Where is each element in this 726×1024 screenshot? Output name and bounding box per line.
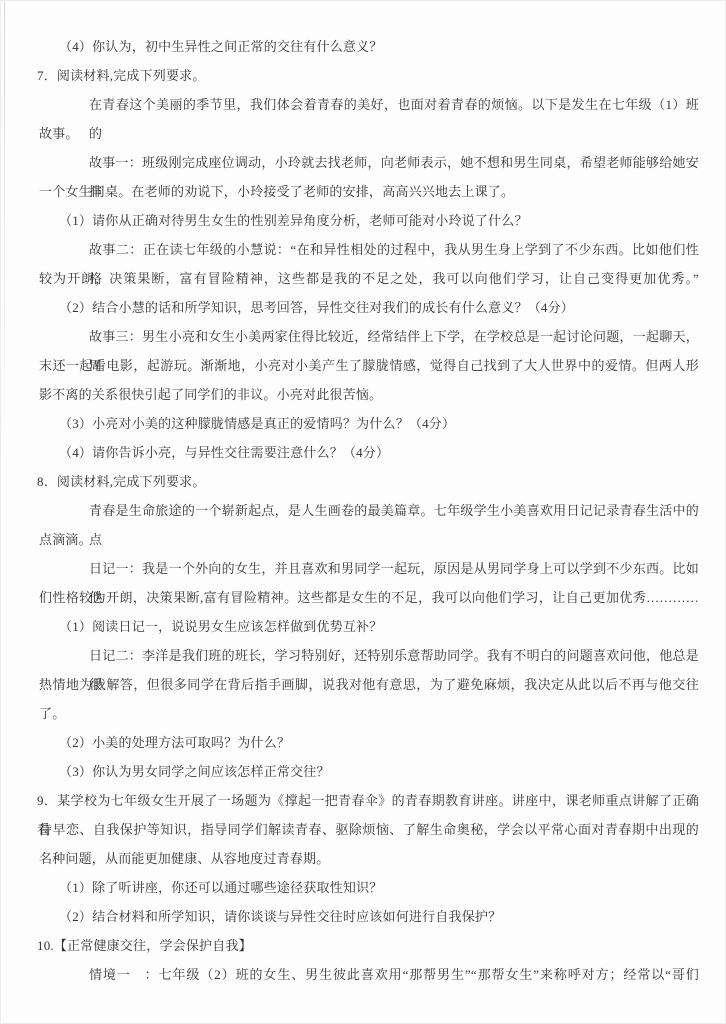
text-line: （1）除了听讲座，你还可以通过哪些途径获取性知识？ xyxy=(1,873,699,902)
text-line: 7．阅读材料,完成下列要求。 xyxy=(1,61,699,90)
text-line: （2）结合小慧的话和所学知识，思考回答，异性交往对我们的成长有什么意义？（4分） xyxy=(1,293,699,322)
text-line: 故事一：班级刚完成座位调动，小玲就去找老师，向老师表示，她不想和男生同桌，希望老… xyxy=(1,148,699,177)
text-line: 一个女生同桌。在老师的劝说下，小玲接受了老师的安排，高高兴兴地去上课了。 xyxy=(1,177,699,206)
text-line: 影不离的关系很快引起了同学们的非议。小亮对此很苦恼。 xyxy=(1,380,699,409)
text-line: （3）你认为男女同学之间应该怎样正常交往？ xyxy=(1,757,699,786)
text-line: （1）请你从正确对待男生女生的性别差异角度分析，老师可能对小玲说了什么？ xyxy=(1,206,699,235)
text-line: 青春是生命旅途的一个崭新起点，是人生画卷的最美篇章。七年级学生小美喜欢用日记记录… xyxy=(1,496,699,525)
text-line: （1）阅读日记一，说说男女生应该怎样做到优势互补？ xyxy=(1,612,699,641)
text-line: 了。 xyxy=(1,699,699,728)
text-line: 较为开朗，决策果断，富有冒险精神，这些都是我的不足之处，我可以向他们学习，让自己… xyxy=(1,264,699,293)
text-line: 情境一 ：七年级（2）班的女生、男生彼此喜欢用“那帮男生”“那帮女生”来称呼对方… xyxy=(1,960,699,989)
text-line: 们性格较为开朗，决策果断,富有冒险精神。这些都是女生的不足，我可以向他们学习，让… xyxy=(1,583,699,612)
text-line: 故事。 xyxy=(1,119,699,148)
text-line: 在青春这个美丽的季节里，我们体会着青春的美好，也面对着青春的烦恼。以下是发生在七… xyxy=(1,90,699,119)
text-line: 10.【正常健康交往，学会保护自我】 xyxy=(1,931,699,960)
text-line: 8．阅读材料,完成下列要求。 xyxy=(1,467,699,496)
text-line: 待早恋、自我保护等知识，指导同学们解读青春、驱除烦恼、了解生命奥秘，学会以平常心… xyxy=(1,815,699,844)
text-line: （2）小美的处理方法可取吗？为什么？ xyxy=(1,728,699,757)
text-line: 日记二：李洋是我们班的班长，学习特别好，还特别乐意帮助同学。我有不明白的问题喜欢… xyxy=(1,641,699,670)
text-line: 热情地为我解答，但很多同学在背后指手画脚，说我对他有意思，为了避免麻烦，我决定从… xyxy=(1,670,699,699)
text-line: 点滴滴。 xyxy=(1,525,699,554)
text-line: （3）小亮对小美的这种朦胧情感是真正的爱情吗？为什么？（4分） xyxy=(1,409,699,438)
text-line: 名种问题，从而能更加健康、从容地度过青春期。 xyxy=(1,844,699,873)
text-line: （4）你认为，初中生异性之间正常的交往有什么意义？ xyxy=(1,32,699,61)
text-line: 故事二：正在读七年级的小慧说：“在和异性相处的过程中，我从男生身上学到了不少东西… xyxy=(1,235,699,264)
text-line: 末还一起看电影，起游玩。渐渐地，小亮对小美产生了朦胧情感，觉得自己找到了大人世界… xyxy=(1,351,699,380)
exam-paper-page: （4）你认为，初中生异性之间正常的交往有什么意义？7．阅读材料,完成下列要求。在… xyxy=(0,0,726,1024)
text-line: 故事三：男生小亮和女生小美两家住得比较近，经常结伴上下学，在学校总是一起讨论问题… xyxy=(1,322,699,351)
document-lines: （4）你认为，初中生异性之间正常的交往有什么意义？7．阅读材料,完成下列要求。在… xyxy=(1,32,699,989)
text-line: 9．某学校为七年级女生开展了一场题为《撑起一把青春伞》的青春期教育讲座。讲座中，… xyxy=(1,786,699,815)
text-line: （2）结合材料和所学知识，请你谈谈与异性交往时应该如何进行自我保护？ xyxy=(1,902,699,931)
text-line: （4）请你告诉小亮，与异性交往需要注意什么？（4分） xyxy=(1,438,699,467)
text-line: 日记一：我是一个外向的女生，并且喜欢和男同学一起玩，原因是从男同学身上可以学到不… xyxy=(1,554,699,583)
